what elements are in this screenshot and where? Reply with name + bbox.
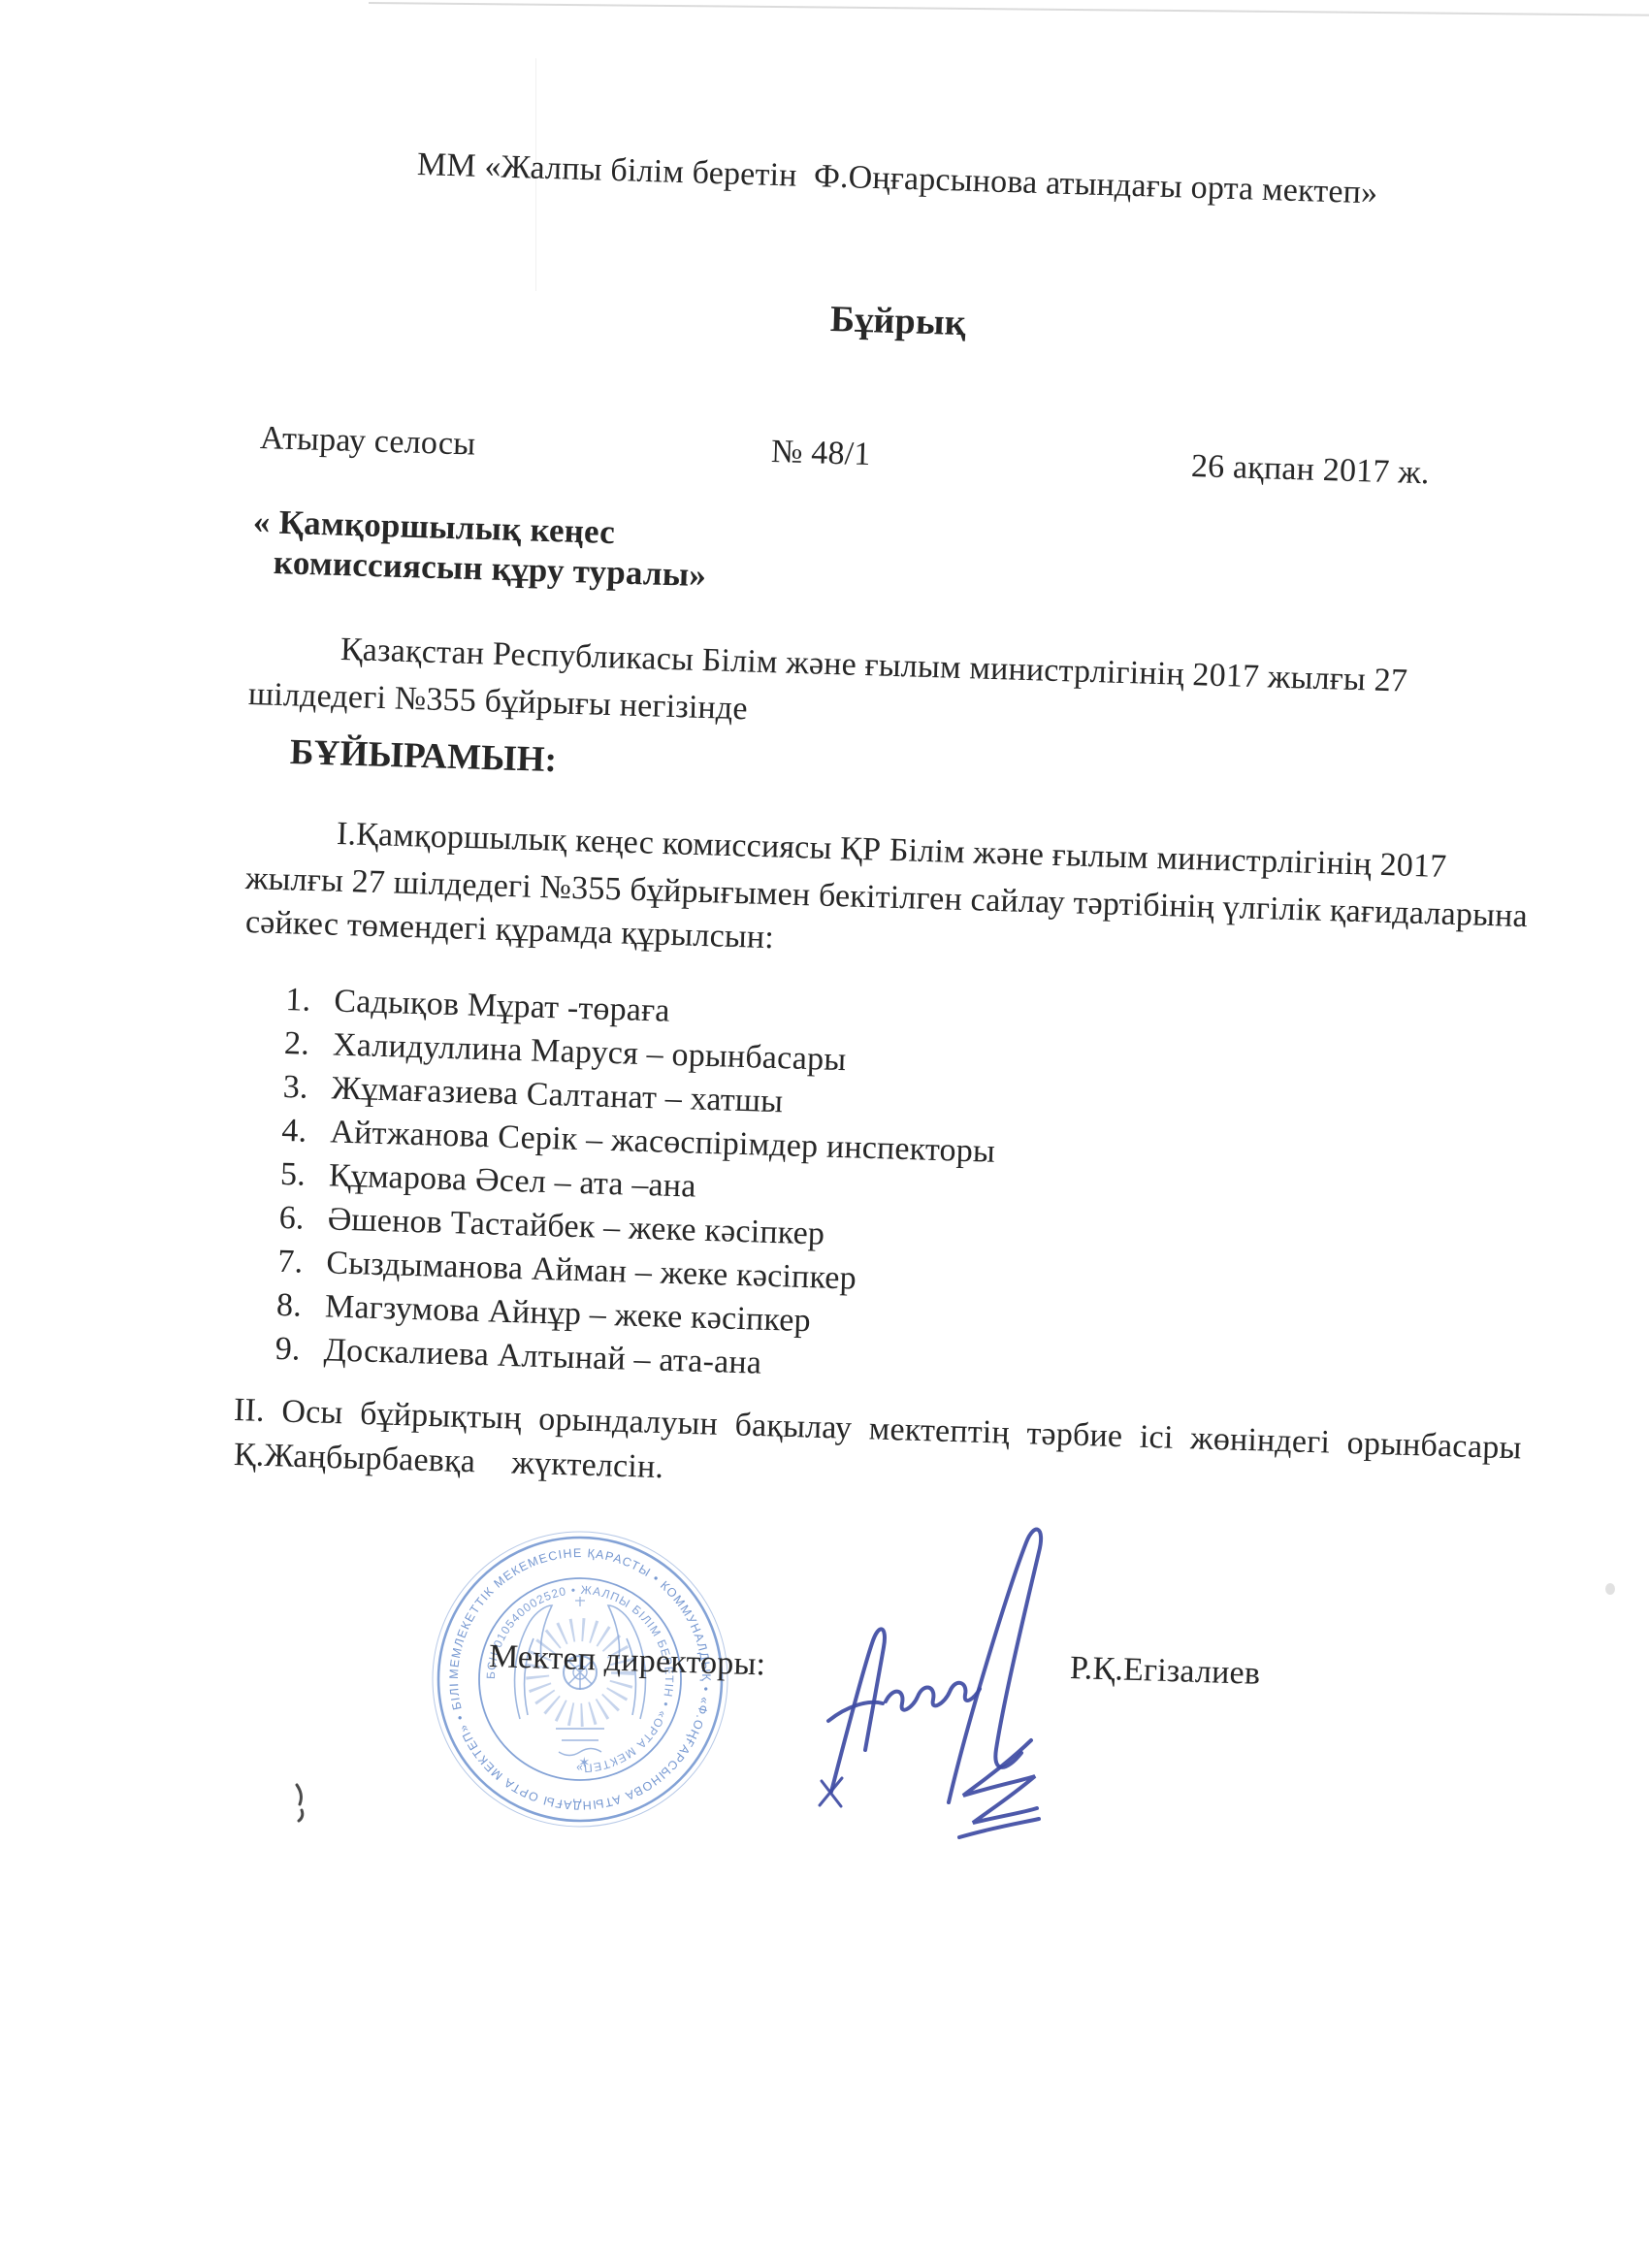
school-name-header: ММ «Жалпы білім беретін Ф.Оңғарсынова ат… bbox=[416, 146, 1377, 211]
clause2-line-2: Қ.Жаңбырбаевқа жүктелсін. bbox=[233, 1436, 663, 1486]
list-item-number: 2. bbox=[283, 1025, 333, 1070]
director-signature bbox=[776, 1494, 1067, 1882]
place-line: Атырау селосы bbox=[259, 419, 475, 464]
list-item-number: 3. bbox=[282, 1069, 332, 1114]
order-date: 26 ақпан 2017 ж. bbox=[1190, 447, 1430, 492]
scan-speck-artifact bbox=[1605, 1583, 1615, 1595]
star-icon: ✶ bbox=[578, 1754, 591, 1771]
document-title: Бұйрық bbox=[829, 299, 966, 345]
clause1-line-3: сәйкес төмендегі құрамда құрылсын: bbox=[244, 903, 774, 956]
list-item-number: 9. bbox=[275, 1331, 324, 1376]
list-item-number: 7. bbox=[277, 1244, 327, 1288]
list-item-number: 1. bbox=[285, 982, 335, 1026]
list-item-number: 4. bbox=[281, 1113, 331, 1157]
ink-scratch-artifact bbox=[287, 1781, 316, 1826]
commission-member-list: 1.Садықов Мұрат -төраға 2.Халидуллина Ма… bbox=[275, 982, 1000, 1396]
signer-name: Р.Қ.Егізалиев bbox=[1069, 1649, 1260, 1693]
scanned-order-document: ММ «Жалпы білім беретін Ф.Оңғарсынова ат… bbox=[0, 0, 1649, 2268]
list-item-number: 5. bbox=[279, 1156, 329, 1201]
kazakhstan-emblem-icon: ✶ bbox=[515, 1597, 646, 1771]
subject-line-2: комиссиясын құру туралы» bbox=[273, 543, 706, 595]
basis-line-2: шілдедегі №355 бұйрығы негізінде bbox=[247, 675, 748, 728]
list-item-number: 8. bbox=[275, 1287, 325, 1332]
scan-edge-line bbox=[369, 2, 1649, 16]
list-item-number: 6. bbox=[278, 1200, 328, 1245]
resolution-word: БҰЙЫРАМЫН: bbox=[289, 732, 557, 782]
order-number: № 48/1 bbox=[770, 433, 871, 473]
